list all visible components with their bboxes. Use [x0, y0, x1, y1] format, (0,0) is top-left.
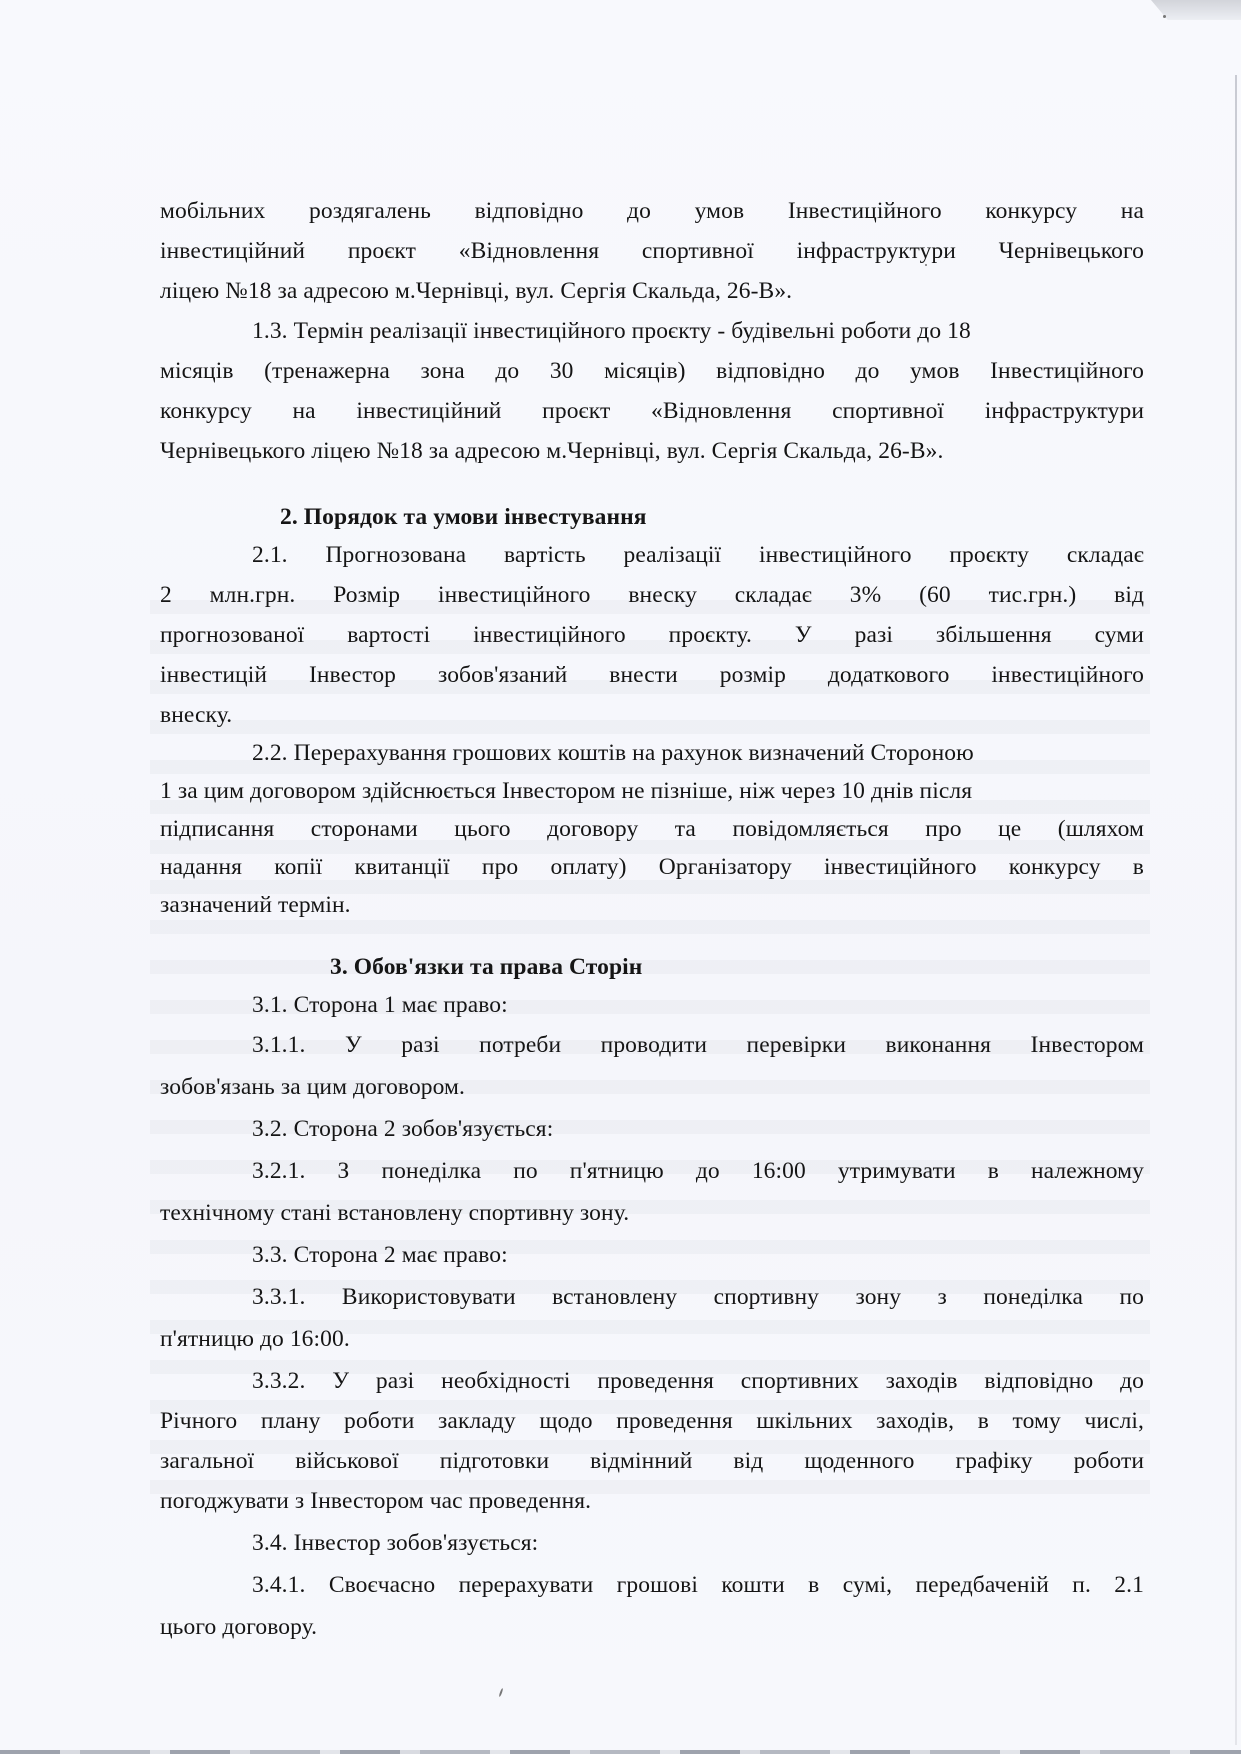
page-bottom-edge [0, 1750, 1241, 1754]
clause-line: технічному стані встановлену спортивну з… [160, 1198, 1144, 1228]
clause-line: 3.4. Інвестор зобов'язується: [252, 1528, 1144, 1558]
clause-1-3-line: місяців (тренажерна зона до 30 місяців) … [160, 356, 1144, 386]
clause-line: загальної військової підготовки відмінни… [160, 1446, 1144, 1476]
scanned-page: ​ мобільних роздягалень відповідно до ум… [0, 0, 1241, 1754]
clause-1-3-line: 1.3. Термін реалізації інвестиційного пр… [252, 316, 1144, 346]
clause-line: 3.3.2. У разі необхідності проведення сп… [252, 1366, 1144, 1396]
clause-line: 3.1. Сторона 1 має право: [252, 990, 1144, 1020]
section-3-heading: 3. Обов'язки та права Сторін [330, 952, 1241, 982]
clause-line: 3.4.1. Своєчасно перерахувати грошові ко… [252, 1570, 1144, 1600]
clause-2-1-line: 2 млн.грн. Розмір інвестиційного внеску … [160, 580, 1144, 610]
clause-2-1-line: інвестицій Інвестор зобов'язаний внести … [160, 660, 1144, 690]
clause-2-2-line: 1 за цим договором здійснюється Інвестор… [160, 776, 1144, 806]
clause-line: цього договору. [160, 1612, 1144, 1642]
scan-speck [499, 1688, 504, 1697]
paragraph-line: ліцею №18 за адресою м.Чернівці, вул. Се… [160, 276, 1144, 306]
clause-line: Річного плану роботи закладу щодо провед… [160, 1406, 1144, 1436]
clause-line: 3.2.1. З понеділка по п'ятницю до 16:00 … [252, 1156, 1144, 1186]
clause-line: зобов'язань за цим договором. [160, 1072, 1144, 1102]
clause-2-1-line: внеску. [160, 700, 1144, 730]
section-2-heading: 2. Порядок та умови інвестування [280, 502, 1241, 532]
clause-2-2-line: підписання сторонами цього договору та п… [160, 814, 1144, 844]
clause-line: п'ятницю до 16:00. [160, 1324, 1144, 1354]
clause-2-1-line: прогнозованої вартості інвестиційного пр… [160, 620, 1144, 650]
clause-1-3-line: конкурсу на інвестиційний проєкт «Віднов… [160, 396, 1144, 426]
clause-2-1-line: 2.1. Прогнозована вартість реалізації ін… [252, 540, 1144, 570]
scan-speck [925, 264, 927, 266]
paragraph-line: інвестиційний проєкт «Відновлення спорти… [160, 236, 1144, 266]
clause-1-3-line: Чернівецького ліцею №18 за адресою м.Чер… [160, 436, 1144, 466]
clause-line: 3.1.1. У разі потреби проводити перевірк… [252, 1030, 1144, 1060]
clause-line: 3.3.1. Використовувати встановлену спорт… [252, 1282, 1144, 1312]
scan-speck [1163, 15, 1166, 18]
paragraph-line: мобільних роздягалень відповідно до умов… [160, 196, 1144, 226]
page-right-edge [1235, 75, 1237, 1745]
clause-2-2-line: надання копії квитанції про оплату) Орга… [160, 852, 1144, 882]
clause-line: 3.2. Сторона 2 зобов'язується: [252, 1114, 1144, 1144]
clause-line: 3.3. Сторона 2 має право: [252, 1240, 1144, 1270]
clause-2-2-line: 2.2. Перерахування грошових коштів на ра… [252, 738, 1144, 768]
clause-line: погоджувати з Інвестором час проведення. [160, 1486, 1144, 1516]
clause-2-2-line: зазначений термін. [160, 890, 1144, 920]
